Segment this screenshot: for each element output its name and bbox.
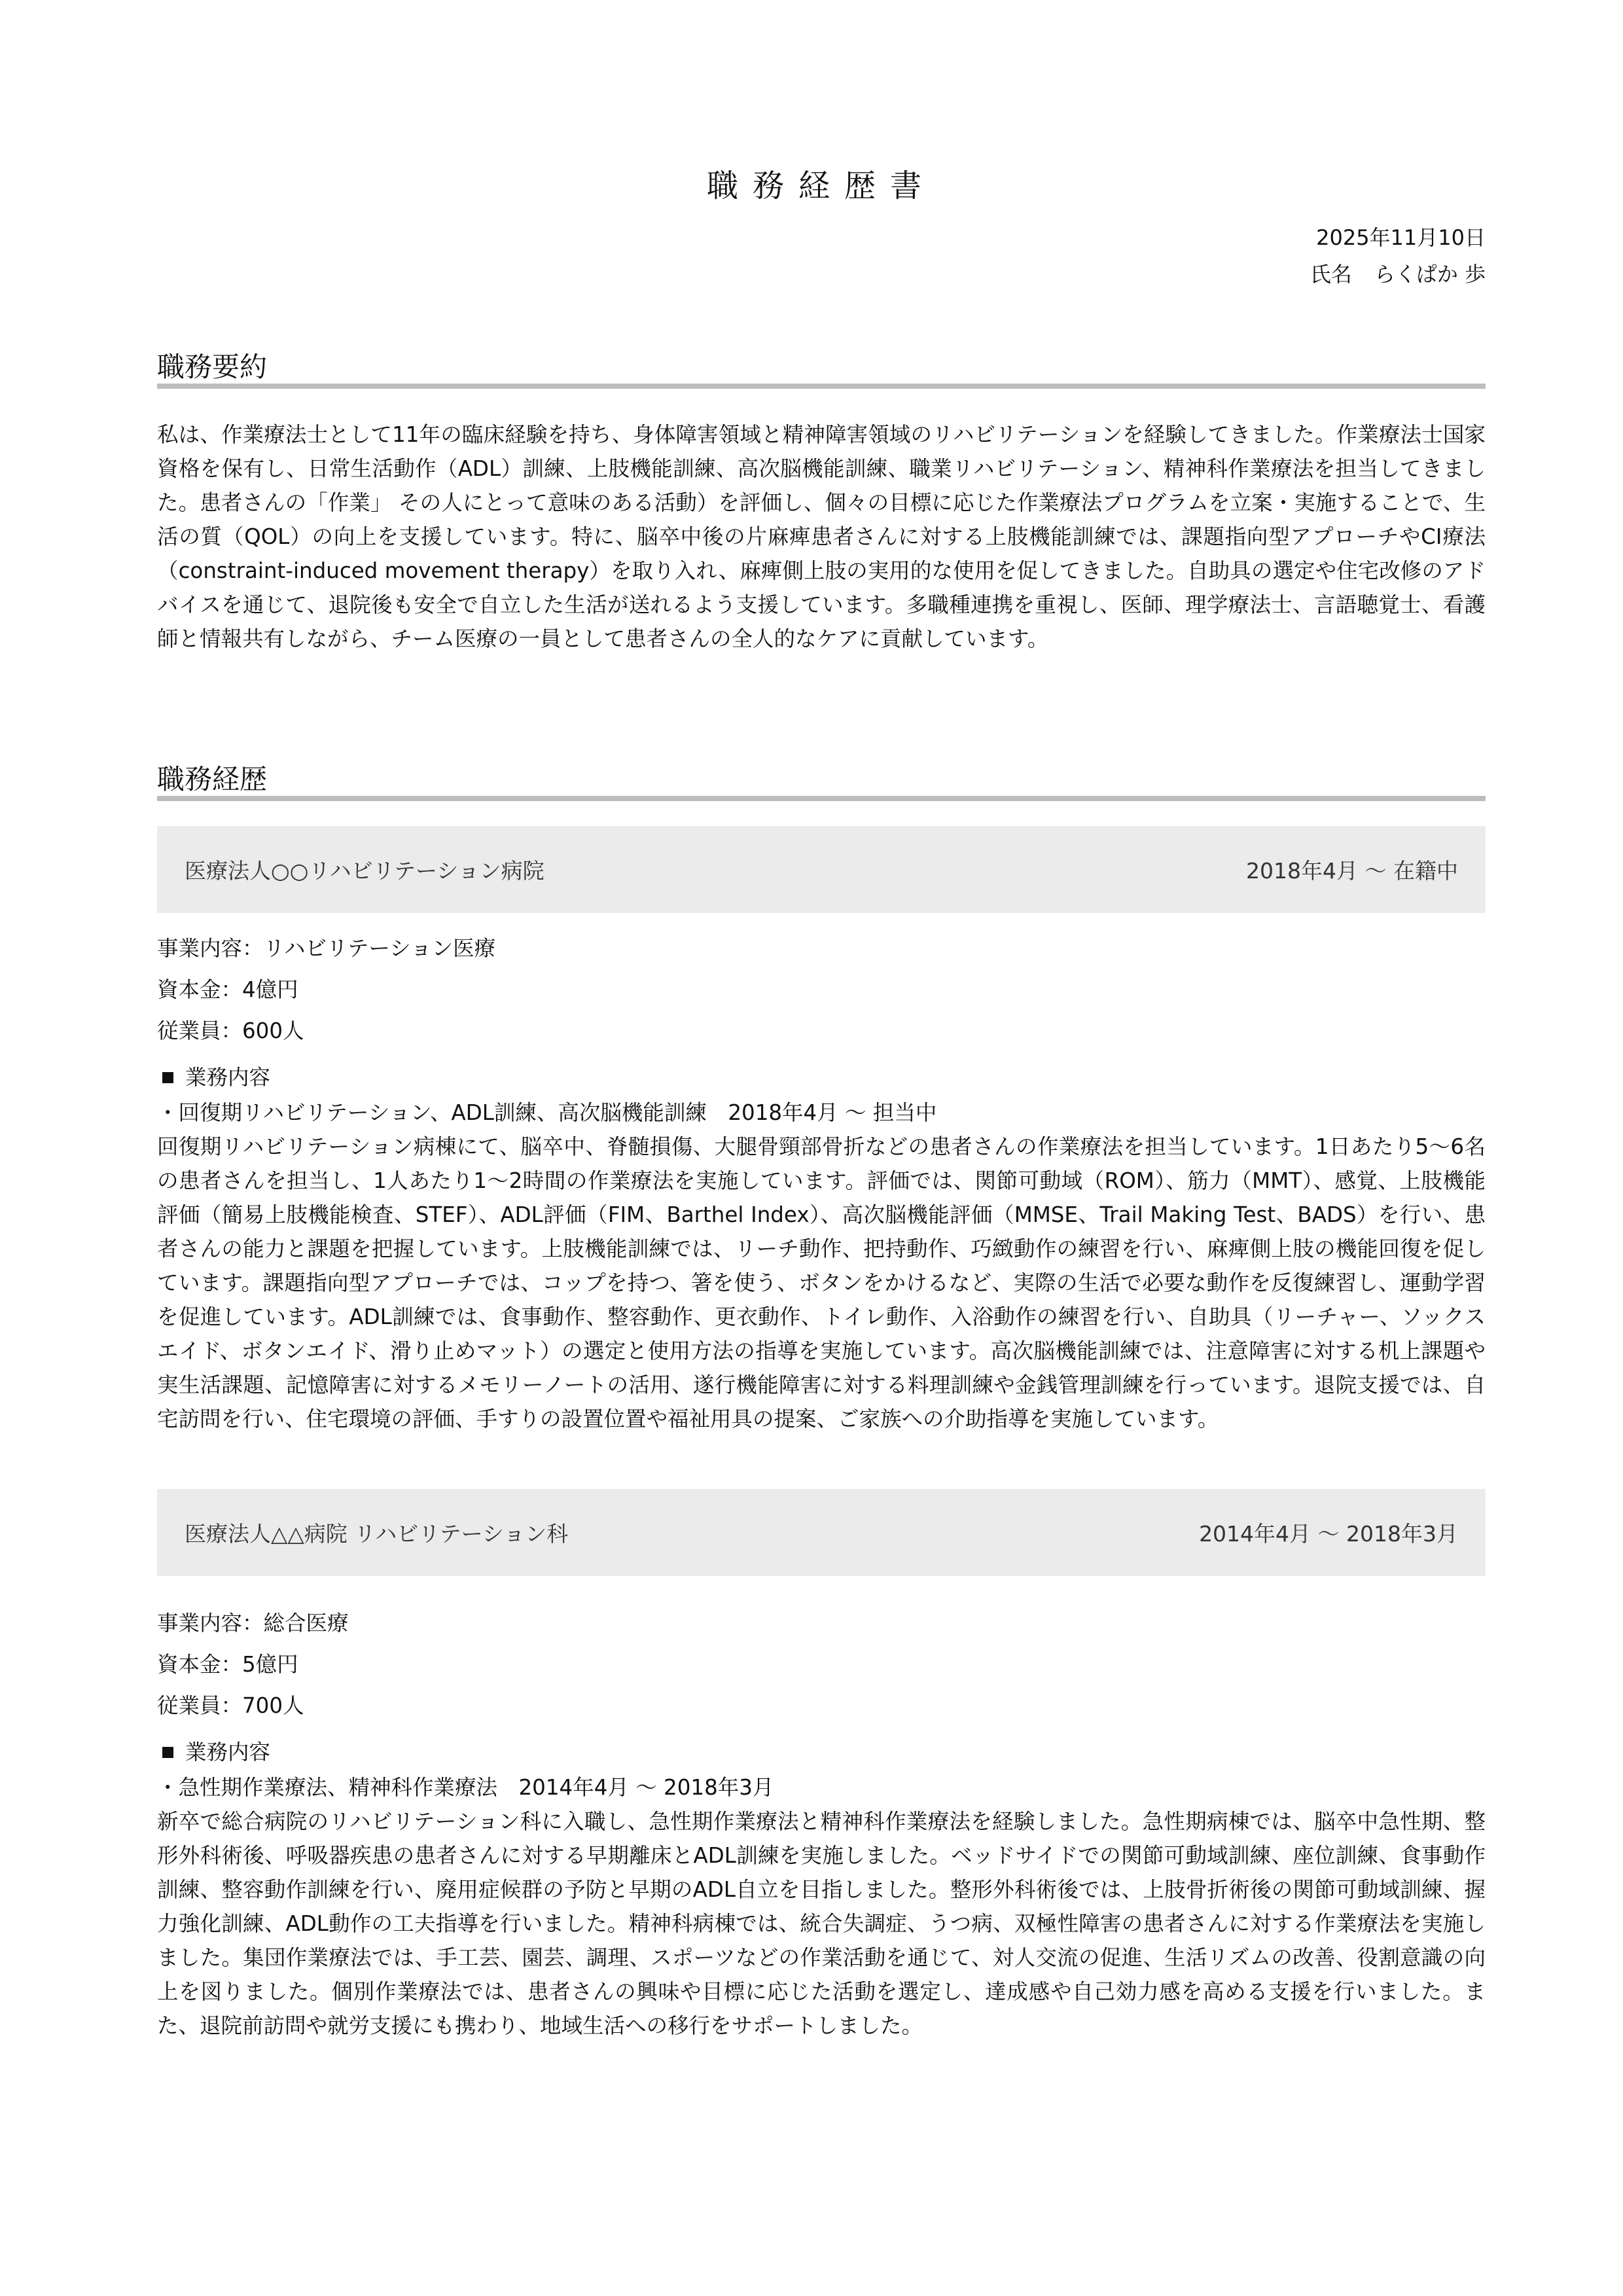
- document-title: 職務経歴書: [157, 160, 1486, 206]
- summary-heading: 職務要約: [157, 346, 267, 385]
- name-label: 氏名: [1310, 262, 1352, 287]
- company-business: 事業内容：リハビリテーション医療: [157, 932, 495, 962]
- duties-heading: 業務内容: [157, 1061, 270, 1091]
- company-header: 医療法人○○リハビリテーション病院 2018年4月 〜 在籍中: [157, 826, 1486, 913]
- company-employees: 従業員：600人: [157, 1014, 304, 1045]
- company-capital: 資本金：4億円: [157, 973, 298, 1003]
- document-date: 2025年11月10日: [1316, 221, 1486, 251]
- applicant-name: らくぱか 歩: [1374, 262, 1486, 287]
- applicant-name-line: 氏名らくぱか 歩: [1310, 258, 1486, 288]
- company-period: 2018年4月 〜 在籍中: [1246, 854, 1458, 885]
- task-title: ・回復期リハビリテーション、ADL訓練、高次脳機能訓練 2018年4月 〜 担当…: [157, 1096, 936, 1126]
- square-bullet-icon: [162, 1747, 173, 1758]
- history-heading: 職務経歴: [157, 758, 267, 797]
- task-description: 回復期リハビリテーション病棟にて、脳卒中、脊髄損傷、大腿骨頸部骨折などの患者さん…: [157, 1130, 1486, 1436]
- company-employees: 従業員：700人: [157, 1689, 304, 1719]
- company-capital: 資本金：5億円: [157, 1648, 298, 1678]
- duties-heading: 業務内容: [157, 1736, 270, 1766]
- task-title: ・急性期作業療法、精神科作業療法 2014年4月 〜 2018年3月: [157, 1771, 774, 1801]
- company-header: 医療法人△△病院 リハビリテーション科 2014年4月 〜 2018年3月: [157, 1489, 1486, 1576]
- summary-text: 私は、作業療法士として11年の臨床経験を持ち、身体障害領域と精神障害領域のリハビ…: [157, 418, 1486, 656]
- company-business: 事業内容：総合医療: [157, 1607, 349, 1637]
- task-description: 新卒で総合病院のリハビリテーション科に入職し、急性期作業療法と精神科作業療法を経…: [157, 1804, 1486, 2043]
- history-divider: [157, 796, 1486, 801]
- company-name: 医療法人△△病院 リハビリテーション科: [185, 1517, 568, 1548]
- company-name: 医療法人○○リハビリテーション病院: [185, 854, 544, 885]
- company-period: 2014年4月 〜 2018年3月: [1199, 1517, 1458, 1548]
- square-bullet-icon: [162, 1072, 173, 1083]
- summary-divider: [157, 384, 1486, 389]
